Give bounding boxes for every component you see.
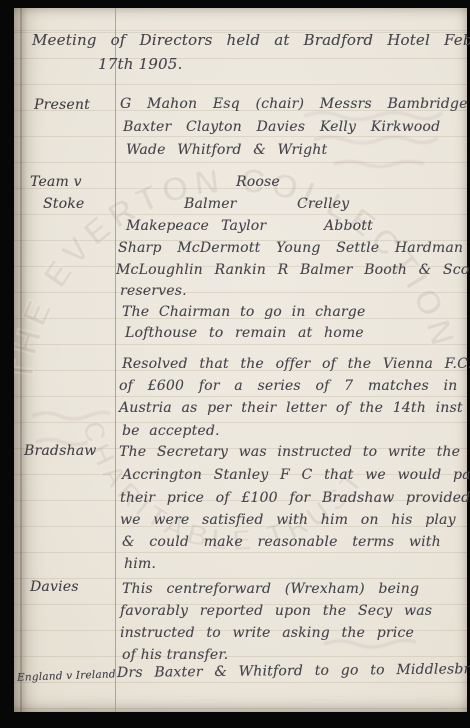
bradshaw-line: The Secretary was instructed to write th… bbox=[119, 445, 460, 460]
vienna-resolution-line: be accepted. bbox=[122, 424, 220, 439]
bradshaw-line: Accrington Stanley F C that we would pay bbox=[122, 468, 470, 483]
vienna-resolution-line: Resolved that the offer of the Vienna F.… bbox=[122, 357, 470, 372]
team-back: Crelley bbox=[297, 197, 349, 212]
davies-line: favorably reported upon the Secy was bbox=[120, 604, 432, 619]
vienna-resolution-line: Austria as per their letter of the 14th … bbox=[119, 401, 463, 416]
bradshaw-line: him. bbox=[124, 557, 156, 572]
vienna-resolution-line: of £600 for a series of 7 matches in bbox=[119, 379, 457, 394]
heading-line-2: 17th 1905. bbox=[98, 56, 183, 73]
davies-line: This centreforward (Wrexham) being bbox=[122, 582, 419, 597]
present-line: Baxter Clayton Davies Kelly Kirkwood bbox=[123, 120, 440, 135]
heading-line-1: Meeting of Directors held at Bradford Ho… bbox=[32, 32, 470, 49]
bradshaw-line: we were satisfied with him on his play bbox=[120, 513, 456, 528]
margin-rule-line bbox=[115, 8, 116, 712]
margin-label-team-v: Team v bbox=[30, 175, 82, 190]
minute-book-photo: THE EVERTON COLLECTION CHARITABLE TRUST … bbox=[0, 0, 470, 728]
margin-label-stoke: Stoke bbox=[43, 197, 84, 212]
team-goalkeeper: Roose bbox=[236, 175, 280, 190]
team-halfback: Makepeace bbox=[126, 219, 209, 234]
present-line: Wade Whitford & Wright bbox=[126, 143, 327, 158]
davies-line: of his transfer. bbox=[122, 648, 228, 663]
team-forwards-row: Sharp McDermott Young Settle Hardman bbox=[118, 241, 463, 256]
binding-crease bbox=[20, 8, 22, 712]
margin-label-england-v-ireland: England v Ireland bbox=[17, 669, 116, 684]
team-back: Balmer bbox=[184, 197, 237, 212]
present-line: G Mahon Esq (chair) Messrs Bambridge bbox=[120, 97, 468, 112]
international-line: Drs Baxter & Whitford to go to Middlesbr… bbox=[117, 662, 470, 681]
davies-line: instructed to write asking the price bbox=[120, 626, 414, 641]
bradshaw-line: & could make reasonable terms with bbox=[122, 535, 441, 550]
team-reserves-row: McLoughlin Rankin R Balmer Booth & Scott bbox=[116, 263, 470, 278]
team-note: Lofthouse to remain at home bbox=[125, 326, 364, 341]
bradshaw-line: their price of £100 for Bradshaw provide… bbox=[120, 491, 470, 506]
margin-label-bradshaw: Bradshaw bbox=[24, 444, 96, 459]
team-halfback: Abbott bbox=[324, 219, 373, 234]
team-reserves-caption: reserves. bbox=[120, 284, 187, 299]
team-halfback: Taylor bbox=[221, 219, 266, 234]
margin-label-present: Present bbox=[34, 98, 90, 113]
margin-label-davies: Davies bbox=[30, 580, 79, 595]
team-note: The Chairman to go in charge bbox=[122, 305, 365, 320]
minute-book-page: THE EVERTON COLLECTION CHARITABLE TRUST … bbox=[14, 8, 467, 712]
